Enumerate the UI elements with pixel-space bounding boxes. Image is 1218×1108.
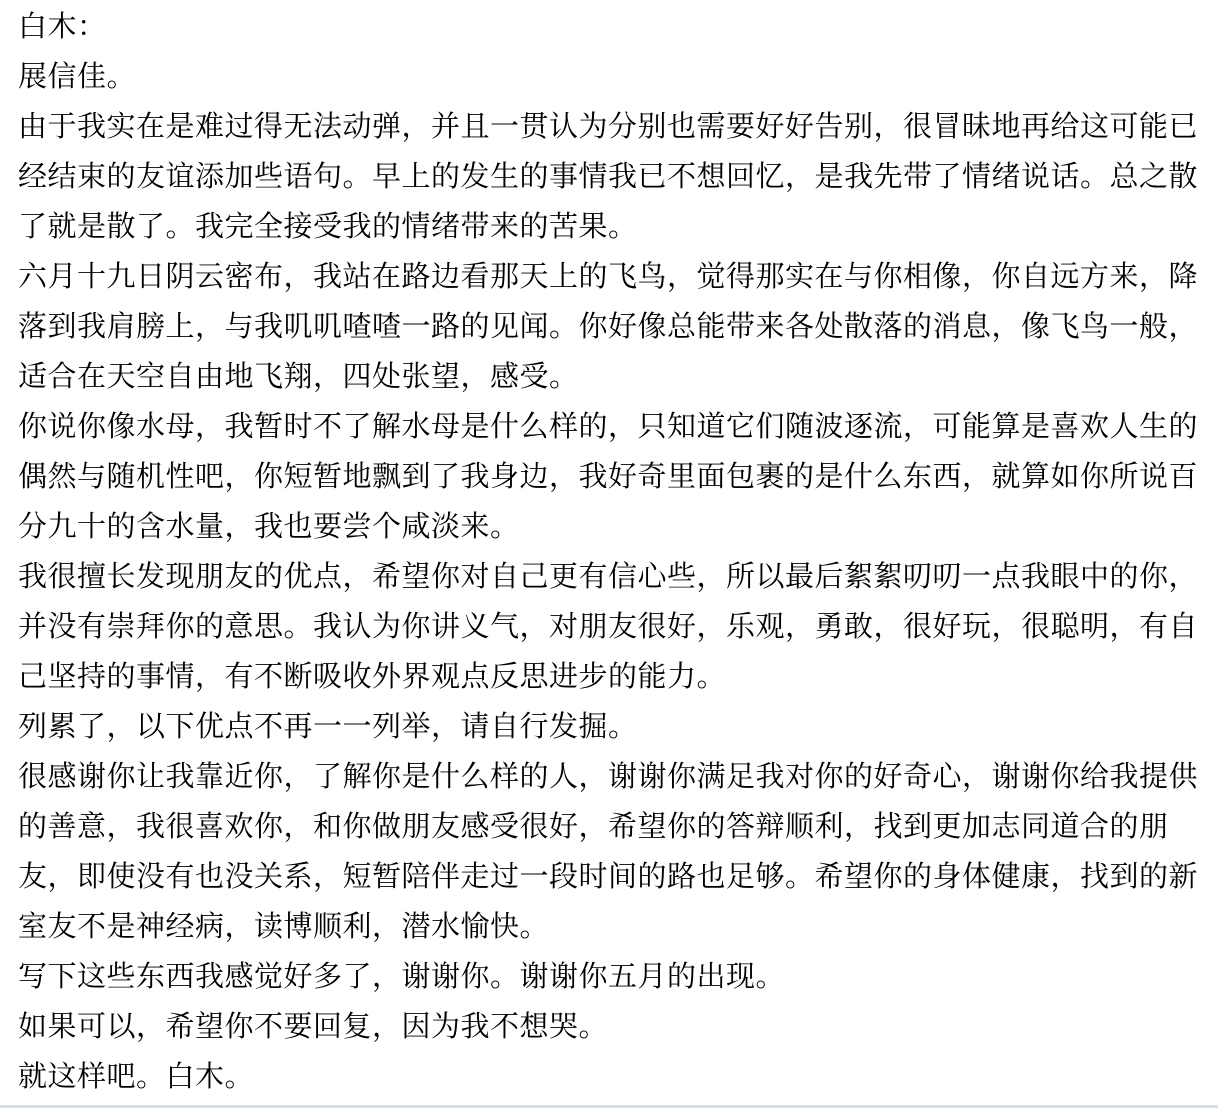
letter-body-line: 室友不是神经病，读博顺利，潜水愉快。 <box>18 902 1208 952</box>
letter-body-line: 了就是散了。我完全接受我的情绪带来的苦果。 <box>18 202 1208 252</box>
letter-body-line: 你说你像水母，我暂时不了解水母是什么样的，只知道它们随波逐流，可能算是喜欢人生的 <box>18 402 1208 452</box>
letter-body-line: 列累了，以下优点不再一一列举，请自行发掘。 <box>18 702 1208 752</box>
letter-signoff: 就这样吧。白木。 <box>18 1052 1208 1102</box>
letter-body-line: 我很擅长发现朋友的优点，希望你对自己更有信心些，所以最后絮絮叨叨一点我眼中的你， <box>18 552 1208 602</box>
letter-body-line: 写下这些东西我感觉好多了，谢谢你。谢谢你五月的出现。 <box>18 952 1208 1002</box>
letter-body-line: 六月十九日阴云密布，我站在路边看那天上的飞鸟，觉得那实在与你相像，你自远方来，降 <box>18 252 1208 302</box>
letter-body-line: 的善意，我很喜欢你，和你做朋友感受很好，希望你的答辩顺利，找到更加志同道合的朋 <box>18 802 1208 852</box>
letter-greeting: 展信佳。 <box>18 52 1208 102</box>
letter-body-line: 如果可以，希望你不要回复，因为我不想哭。 <box>18 1002 1208 1052</box>
letter-body-line: 经结束的友谊添加些语句。早上的发生的事情我已不想回忆，是我先带了情绪说话。总之散 <box>18 152 1208 202</box>
letter-body-line: 并没有崇拜你的意思。我认为你讲义气，对朋友很好，乐观，勇敢，很好玩，很聪明，有自 <box>18 602 1208 652</box>
letter-body-line: 很感谢你让我靠近你，了解你是什么样的人，谢谢你满足我对你的好奇心，谢谢你给我提供 <box>18 752 1208 802</box>
letter-body-line: 落到我肩膀上，与我叽叽喳喳一路的见闻。你好像总能带来各处散落的消息，像飞鸟一般， <box>18 302 1208 352</box>
letter-body-line: 适合在天空自由地飞翔，四处张望，感受。 <box>18 352 1208 402</box>
letter-body-line: 友，即使没有也没关系，短暂陪伴走过一段时间的路也足够。希望你的身体健康，找到的新 <box>18 852 1208 902</box>
letter-salutation: 白木： <box>18 2 1208 52</box>
letter-body-line: 偶然与随机性吧，你短暂地飘到了我身边，我好奇里面包裹的是什么东西，就算如你所说百 <box>18 452 1208 502</box>
letter-document: 白木： 展信佳。 由于我实在是难过得无法动弹，并且一贯认为分别也需要好好告别，很… <box>0 0 1218 1102</box>
letter-body-line: 己坚持的事情，有不断吸收外界观点反思进步的能力。 <box>18 652 1208 702</box>
letter-body-line: 分九十的含水量，我也要尝个咸淡来。 <box>18 502 1208 552</box>
letter-body-line: 由于我实在是难过得无法动弹，并且一贯认为分别也需要好好告别，很冒昧地再给这可能已 <box>18 102 1208 152</box>
letter-page: 白木： 展信佳。 由于我实在是难过得无法动弹，并且一贯认为分别也需要好好告别，很… <box>0 0 1218 1108</box>
